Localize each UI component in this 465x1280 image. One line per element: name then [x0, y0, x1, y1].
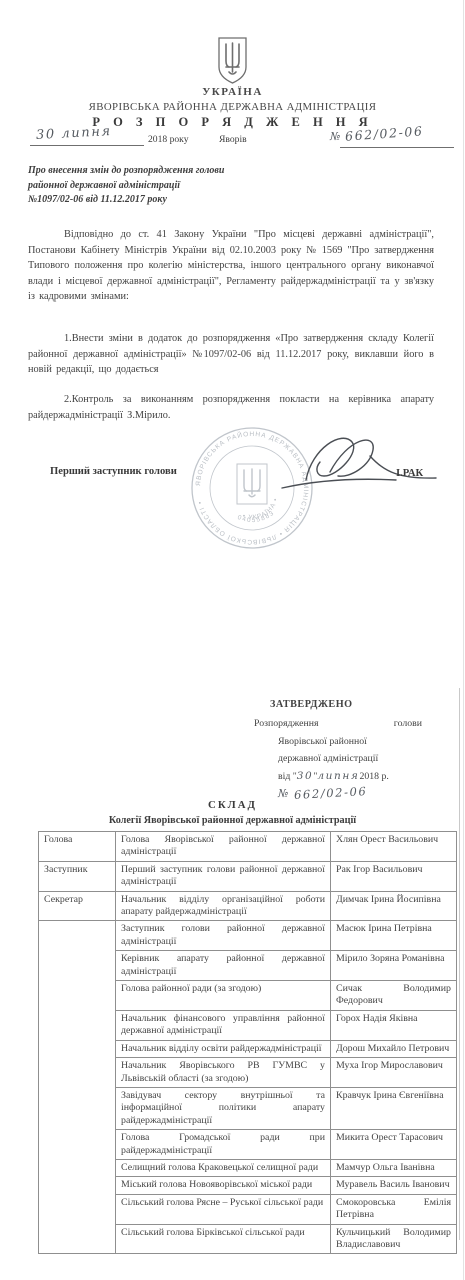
subject-line: районної державної адміністрації: [28, 179, 224, 194]
duty-cell: Начальник фінансового управління районно…: [116, 1010, 331, 1040]
place-label: Яворів: [219, 134, 247, 145]
name-cell: Масюк Ірина Петрівна: [331, 921, 457, 951]
duty-cell: Голова Яворівської районної державної ад…: [116, 832, 331, 862]
table-row: Заступник голови районної державної адмі…: [39, 921, 457, 951]
name-cell: Мірило Зоряна Романівна: [331, 951, 457, 981]
role-cell: Голова: [39, 832, 116, 862]
role-cell-merged: [39, 921, 116, 1254]
name-cell: Сичак Володимир Федорович: [331, 981, 457, 1011]
body-paragraph-2: 1.Внести зміни в додаток до розпорядженн…: [28, 331, 434, 378]
name-cell: Мамчур Ольга Іванівна: [331, 1159, 457, 1176]
table-row: Заступник Перший заступник голови районн…: [39, 861, 457, 891]
duty-cell: Начальник відділу організаційної роботи …: [116, 891, 331, 921]
name-cell: Микита Орест Тарасович: [331, 1130, 457, 1160]
name-cell: Дорош Михайло Петрович: [331, 1040, 457, 1057]
approved-line-1: Розпорядження голови: [254, 716, 422, 732]
duty-cell: Завідувач сектору внутрішньої та інформа…: [116, 1087, 331, 1129]
stamp-country: • УКРАЇНА •: [242, 497, 280, 521]
approved-head-word: голови: [394, 716, 422, 732]
stamp-trident-icon: [237, 464, 267, 504]
approved-hw-month: липня: [317, 770, 359, 782]
name-cell: Кульчицький Володимир Владиславович: [331, 1224, 457, 1254]
country-name: УКРАЇНА: [0, 86, 465, 98]
signature-position: Перший заступник голови: [50, 466, 177, 477]
composition-table: Голова Голова Яворівської районної держа…: [38, 831, 457, 1254]
duty-cell: Голова Громадської ради при райдержадмін…: [116, 1130, 331, 1160]
duty-cell: Начальник відділу освіти райдержадмініст…: [116, 1040, 331, 1057]
coat-of-arms-icon: [216, 36, 249, 91]
subject-block: Про внесення змін до розпорядження голов…: [28, 164, 224, 208]
name-cell: Горох Надія Яківна: [331, 1010, 457, 1040]
approved-hw-day: 30: [297, 770, 314, 782]
approved-title: ЗАТВЕРДЖЕНО: [270, 697, 353, 713]
handwritten-date: 30 липня: [36, 124, 112, 143]
approved-line-2: Яворівської районної: [278, 734, 367, 750]
doc-number-label: №: [330, 130, 342, 143]
duty-cell: Перший заступник голови районної державн…: [116, 861, 331, 891]
date-underline: [30, 144, 144, 146]
duty-cell: Начальник Яворівського РВ ГУМВС у Львівс…: [116, 1058, 331, 1088]
name-cell: Кравчук Ірина Євгеніївна: [331, 1087, 457, 1129]
role-cell: Секретар: [39, 891, 116, 921]
name-cell: Хлян Орест Васильович: [331, 832, 457, 862]
approved-date-suffix: 2018 р.: [359, 771, 388, 782]
body-paragraph-1: Відповідно до ст. 41 Закону України "Про…: [28, 227, 434, 305]
approved-doc-word: Розпорядження: [254, 716, 318, 732]
duty-cell: Міський голова Новояворівської міської р…: [116, 1177, 331, 1194]
name-cell: Рак Ігор Васильович: [331, 861, 457, 891]
name-cell: Димчак Ірина Йосипівна: [331, 891, 457, 921]
name-cell: Смокоровська Емілія Петрівна: [331, 1194, 457, 1224]
year-label: 2018 року: [148, 134, 189, 145]
duty-cell: Сільський голова Рясне – Руської сільськ…: [116, 1194, 331, 1224]
composition-subtitle: Колегії Яворівської районної державної а…: [0, 815, 465, 826]
duty-cell: Селищний голова Краковецької селищної ра…: [116, 1159, 331, 1176]
approved-line-3: державної адміністрації: [278, 751, 378, 767]
subject-line: Про внесення змін до розпорядження голов…: [28, 164, 224, 179]
duty-cell: Голова районної ради (за згодою): [116, 981, 331, 1011]
duty-cell: Сільський голова Бірківської сільської р…: [116, 1224, 331, 1254]
signature-name: І.РАК: [396, 468, 423, 479]
composition-title: СКЛАД: [0, 799, 465, 811]
body-paragraph-3: 2.Контроль за виконанням розпорядження п…: [28, 392, 434, 423]
role-cell: Заступник: [39, 861, 116, 891]
duty-cell: Заступник голови районної державної адмі…: [116, 921, 331, 951]
table-row: Секретар Начальник відділу організаційно…: [39, 891, 457, 921]
scan-edge-artifact: [463, 0, 464, 1280]
table-row: Голова Голова Яворівської районної держа…: [39, 832, 457, 862]
name-cell: Муравель Василь Іванович: [331, 1177, 457, 1194]
approved-date-line: від "30"липня2018 р.: [278, 768, 389, 785]
duty-cell: Керівник апарату районної державної адмі…: [116, 951, 331, 981]
org-name: ЯВОРІВСЬКА РАЙОННА ДЕРЖАВНА АДМІНІСТРАЦІ…: [0, 101, 465, 113]
scanned-document-page: УКРАЇНА ЯВОРІВСЬКА РАЙОННА ДЕРЖАВНА АДМІ…: [0, 0, 465, 1280]
approved-date-prefix: від ": [278, 771, 297, 782]
number-underline: [340, 146, 454, 148]
scan-edge-artifact: [459, 688, 460, 1240]
name-cell: Муха Ігор Мирославович: [331, 1058, 457, 1088]
subject-line: №1097/02-06 від 11.12.2017 року: [28, 193, 224, 208]
svg-text:• УКРАЇНА •: • УКРАЇНА •: [242, 497, 280, 521]
